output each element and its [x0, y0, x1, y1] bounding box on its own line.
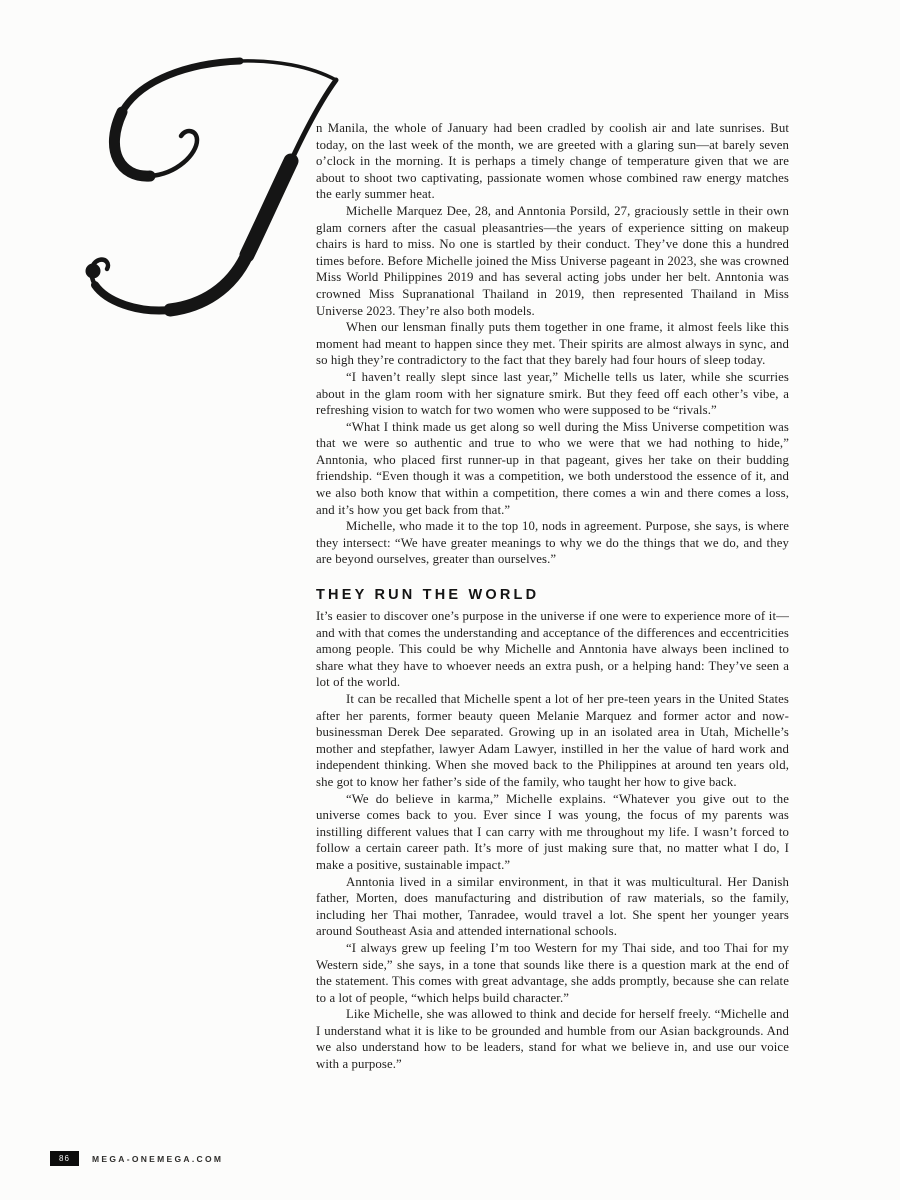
article-paragraph: “What I think made us get along so well …	[316, 419, 789, 519]
section-heading: THEY RUN THE WORLD	[316, 587, 789, 603]
page-number-badge: 86	[50, 1151, 79, 1166]
article-paragraph: Like Michelle, she was allowed to think …	[316, 1006, 789, 1072]
page-number: 86	[59, 1154, 70, 1163]
page-footer: 86 MEGA-ONEMEGA.COM	[50, 1151, 223, 1166]
magazine-page: I n Manila, the whole of January had bee…	[0, 0, 900, 1200]
article-paragraph: n Manila, the whole of January had been …	[316, 120, 789, 203]
article-paragraph: Michelle Marquez Dee, 28, and Anntonia P…	[316, 203, 789, 319]
article-paragraph: Anntonia lived in a similar environment,…	[316, 874, 789, 940]
article-paragraph: Michelle, who made it to the top 10, nod…	[316, 518, 789, 568]
article-paragraph: When our lensman finally puts them toget…	[316, 319, 789, 369]
article-paragraph: “I always grew up feeling I’m too Wester…	[316, 940, 789, 1006]
site-name: MEGA-ONEMEGA.COM	[92, 1154, 223, 1164]
article-paragraph: “We do believe in karma,” Michelle expla…	[316, 791, 789, 874]
article-paragraph: “I haven’t really slept since last year,…	[316, 369, 789, 419]
article-paragraph: It can be recalled that Michelle spent a…	[316, 691, 789, 791]
article-paragraph: It’s easier to discover one’s purpose in…	[316, 608, 789, 691]
article-body: n Manila, the whole of January had been …	[316, 120, 789, 1073]
drop-cap-script-letter-icon: I	[0, 0, 370, 340]
